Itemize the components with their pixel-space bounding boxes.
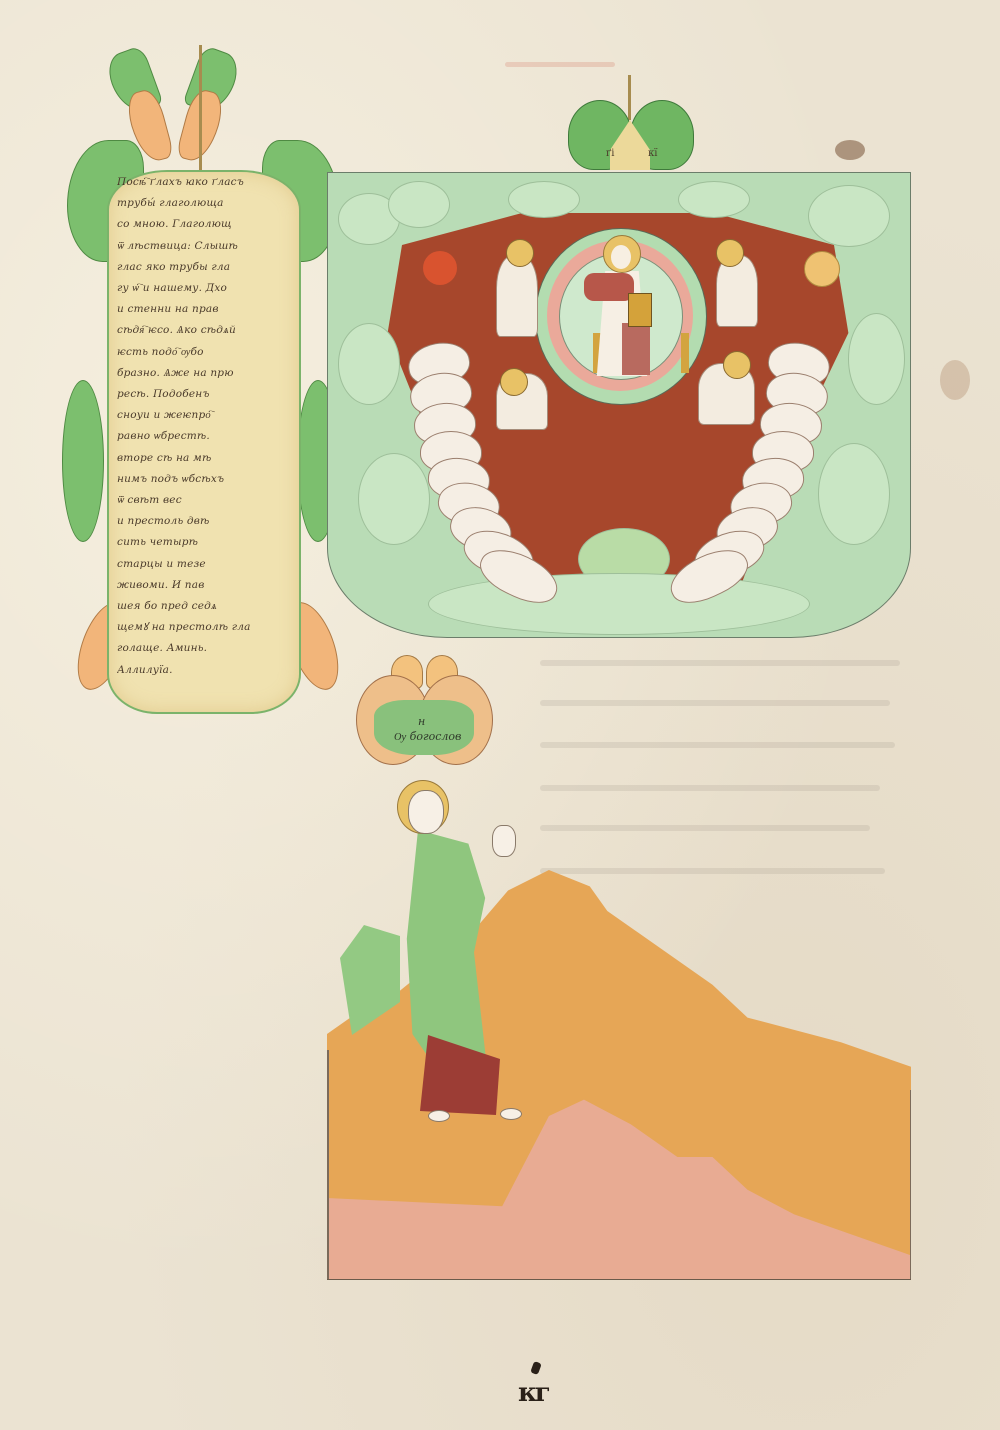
text-line: со мною. Глаголющ: [117, 214, 267, 235]
text-line: вторе сѣ на мѣ: [117, 448, 267, 469]
water-stain: [940, 360, 970, 400]
top-ornament: ґі кї: [568, 100, 692, 170]
ornament-spike: [628, 75, 631, 120]
leaf-ornament: [62, 380, 104, 542]
christ-robe: [622, 323, 650, 375]
prophet-robe: [420, 1035, 500, 1115]
cloud: [848, 313, 905, 405]
text-line: и стенни на прав: [117, 299, 267, 320]
ornament-label-left: ґі: [606, 148, 615, 159]
christ-face: [611, 245, 631, 269]
prophet-head: [408, 790, 444, 834]
cloud: [818, 443, 890, 545]
lion-halo: [500, 368, 528, 396]
cloud: [358, 453, 430, 545]
cloud: [808, 185, 890, 247]
text-line: и престоль двѣ: [117, 511, 267, 532]
ornament-label-right: кї: [648, 148, 657, 159]
cloud: [508, 181, 580, 218]
text-line: живоми. И пав: [117, 575, 267, 596]
text-line: ѿ свѣт вес: [117, 490, 267, 511]
cartouche-text: Посѣ҇ ґлахъ ꙗко ґласъ трубы́ глаголюща с…: [117, 172, 267, 681]
text-line: голаще. Аминь.: [117, 638, 267, 659]
text-line: сить четырѣ: [117, 532, 267, 553]
prophet-raised-hand: [492, 825, 516, 857]
text-line: щемꙋ на престолѣ гла: [117, 617, 267, 638]
christ-mantle: [584, 273, 634, 301]
angel-symbol: [496, 255, 538, 337]
john-the-theologian-figure: [340, 775, 540, 1175]
text-line: Посѣ҇ ґлахъ ꙗко ґласъ: [117, 172, 267, 193]
cartouche-spike: [199, 45, 202, 170]
prophet-foot: [500, 1108, 522, 1120]
text-line: шея бо пред седѧ: [117, 596, 267, 617]
text-line: Аллилуїа.: [117, 660, 267, 681]
text-line: ресѣ. Подобенъ: [117, 384, 267, 405]
ghost-red-text: [505, 62, 615, 67]
scene-baseline: [327, 1279, 911, 1281]
gospel-book: [628, 293, 652, 327]
prophet-foot: [428, 1110, 450, 1122]
eagle-halo: [716, 239, 744, 267]
scene-border-left: [327, 1050, 329, 1280]
folio-number: кг: [518, 1378, 549, 1408]
cloud: [388, 181, 450, 228]
cloud: [678, 181, 750, 218]
text-line: ѿ лѣствица: Слышѣ: [117, 236, 267, 257]
ink-stain: [835, 140, 865, 160]
cloud: [428, 573, 810, 635]
ox-halo: [723, 351, 751, 379]
ghost-text-line: [540, 742, 895, 748]
golden-sun: [804, 251, 840, 287]
text-line: гу ѡ҇ и нашему. Дхо: [117, 278, 267, 299]
text-cartouche: Посѣ҇ ґлахъ ꙗко ґласъ трубы́ глаголюща с…: [62, 40, 347, 700]
text-line: сноуи и жеѥпро҇: [117, 405, 267, 426]
ghost-text-line: [540, 660, 900, 666]
ornament-label-top: н: [418, 715, 425, 728]
prophet-wing: [340, 925, 400, 1035]
ghost-text-line: [540, 700, 890, 706]
scene-border-right: [910, 1090, 912, 1280]
text-line: бразно. Ѧже на прю: [117, 363, 267, 384]
miniature-frame: [327, 172, 911, 638]
text-line: трубы́ глаголюща: [117, 193, 267, 214]
text-line: старцы и тезе: [117, 554, 267, 575]
text-line: равно ѡбрестѣ.: [117, 426, 267, 447]
text-line: нимъ подъ ѡбсѣхъ: [117, 469, 267, 490]
red-sun: [423, 251, 457, 285]
ghost-text-line: [540, 785, 880, 791]
eagle-symbol: [716, 255, 758, 327]
lower-ornament: н Ѹ богослов: [356, 655, 491, 770]
cloud: [338, 323, 400, 405]
miniature-christ-in-majesty: [327, 172, 911, 638]
ghost-text-line: [540, 825, 870, 831]
text-line: сѣдя҇ ѥсо. Ѧко сѣдѧй: [117, 320, 267, 341]
text-line: ѥсть подо҇ ѹбо: [117, 342, 267, 363]
titlo-mark: [530, 1361, 542, 1375]
text-line: глас яко трубы гла: [117, 257, 267, 278]
ornament-label-bottom: Ѹ богослов: [394, 730, 461, 743]
angel-halo: [506, 239, 534, 267]
